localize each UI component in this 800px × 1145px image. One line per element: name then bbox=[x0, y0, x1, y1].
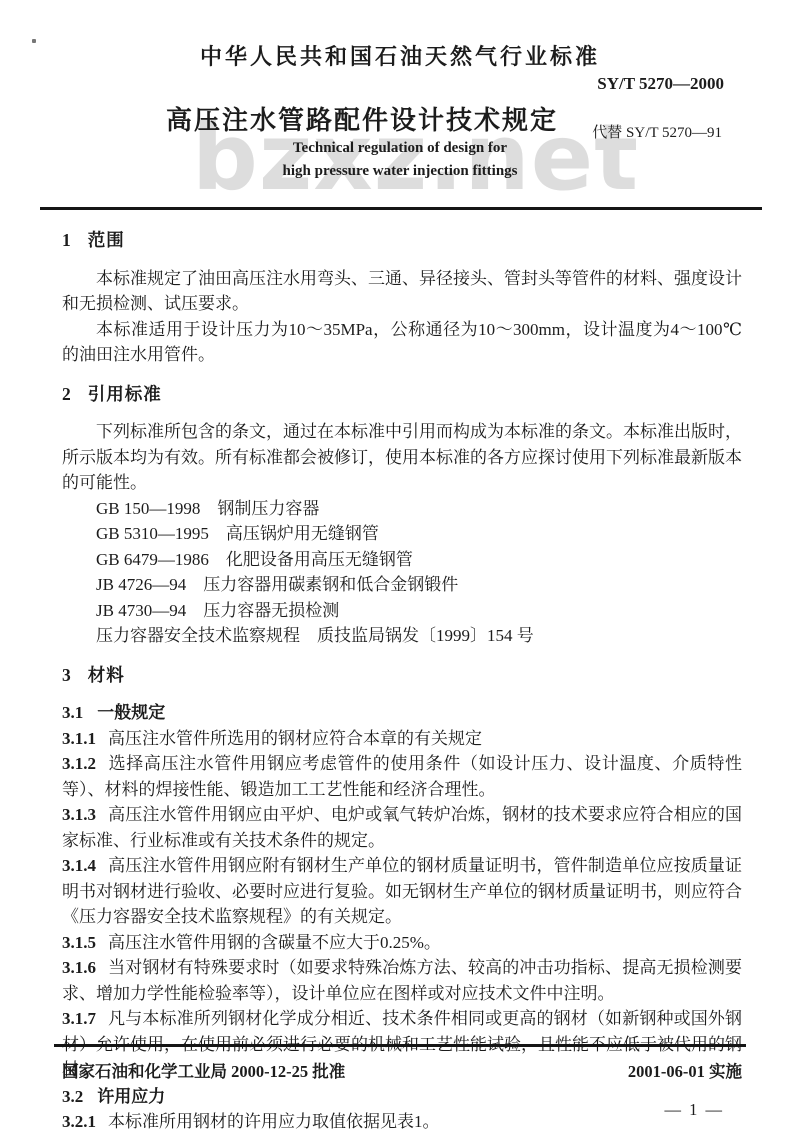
subsection-heading: 3.1一般规定 bbox=[62, 700, 742, 726]
clause-number: 1 bbox=[62, 230, 72, 250]
section-heading: 1范围 bbox=[62, 228, 742, 254]
clause: 3.1.1高压注水管件所选用的钢材应符合本章的有关规定 bbox=[62, 726, 742, 752]
clause-number: 3.1.3 bbox=[62, 805, 96, 824]
clause-text: 高压注水管件用钢的含碳量不应大于0.25%。 bbox=[108, 933, 441, 952]
section-heading: 2引用标准 bbox=[62, 382, 742, 408]
document-body: 1范围本标准规定了油田高压注水用弯头、三通、异径接头、管封头等管件的材料、强度设… bbox=[62, 224, 742, 1135]
standard-type-title: 中华人民共和国石油天然气行业标准 bbox=[0, 40, 800, 71]
clause-number: 3.1.1 bbox=[62, 729, 96, 748]
paragraph: 本标准规定了油田高压注水用弯头、三通、异径接头、管封头等管件的材料、强度设计和无… bbox=[62, 266, 742, 317]
section-heading: 3材料 bbox=[62, 663, 742, 689]
page-number: — 1 — bbox=[665, 1100, 725, 1120]
clause-text: 本标准所用钢材的许用应力取值依据见表1。 bbox=[108, 1112, 440, 1131]
clause-number: 2 bbox=[62, 384, 72, 404]
document-title-en-line1: Technical regulation of design for bbox=[0, 137, 800, 160]
approval-note: 国家石油和化学工业局 2000-12-25 批准 bbox=[62, 1058, 345, 1082]
clause: 3.1.4高压注水管件用钢应附有钢材生产单位的钢材质量证明书，管件制造单位应按质… bbox=[62, 853, 742, 930]
paragraph: 本标准适用于设计压力为10～35MPa，公称通径为10～300mm，设计温度为4… bbox=[62, 317, 742, 368]
clause-number: 3.1.2 bbox=[62, 754, 96, 773]
clause-number: 3.1.6 bbox=[62, 958, 96, 977]
paragraph: 下列标准所包含的条文，通过在本标准中引用而构成为本标准的条文。本标准出版时，所示… bbox=[62, 419, 742, 496]
clause-number: 3.1 bbox=[62, 703, 83, 722]
implementation-note: 2001-06-01 实施 bbox=[628, 1058, 742, 1082]
clause: 3.1.3高压注水管件用钢应由平炉、电炉或氧气转炉冶炼，钢材的技术要求应符合相应… bbox=[62, 802, 742, 853]
document-title-en: Technical regulation of design for high … bbox=[0, 137, 800, 183]
document-header: bzxz.net 中华人民共和国石油天然气行业标准 SY/T 5270—2000… bbox=[0, 0, 800, 222]
clause-text: 高压注水管件用钢应附有钢材生产单位的钢材质量证明书，管件制造单位应按质量证明书对… bbox=[62, 856, 742, 926]
clause-text: 范围 bbox=[88, 230, 125, 250]
clause-number: 3 bbox=[62, 665, 72, 685]
reference-item: JB 4726—94 压力容器用碳素钢和低合金钢锻件 bbox=[62, 572, 742, 598]
clause: 3.1.5高压注水管件用钢的含碳量不应大于0.25%。 bbox=[62, 930, 742, 956]
subsection-heading: 3.2许用应力 bbox=[62, 1084, 742, 1110]
clause-text: 许用应力 bbox=[97, 1087, 165, 1106]
reference-item: GB 5310—1995 高压锅炉用无缝钢管 bbox=[62, 521, 742, 547]
clause-number: 3.2 bbox=[62, 1087, 83, 1106]
clause: 3.1.2选择高压注水管件用钢应考虑管件的使用条件（如设计压力、设计温度、介质特… bbox=[62, 751, 742, 802]
reference-item: 压力容器安全技术监察规程 质技监局锅发〔1999〕154 号 bbox=[62, 623, 742, 649]
clause-text: 当对钢材有特殊要求时（如要求特殊冶炼方法、较高的冲击功指标、提高无损检测要求、增… bbox=[62, 958, 742, 1003]
clause: 3.1.6当对钢材有特殊要求时（如要求特殊冶炼方法、较高的冲击功指标、提高无损检… bbox=[62, 955, 742, 1006]
clause-number: 3.1.5 bbox=[62, 933, 96, 952]
clause-text: 高压注水管件所选用的钢材应符合本章的有关规定 bbox=[108, 729, 482, 748]
reference-item: GB 150—1998 钢制压力容器 bbox=[62, 496, 742, 522]
document-title-en-line2: high pressure water injection fittings bbox=[0, 160, 800, 183]
document-page: bzxz.net 中华人民共和国石油天然气行业标准 SY/T 5270—2000… bbox=[0, 0, 800, 1145]
document-footer: 国家石油和化学工业局 2000-12-25 批准 2001-06-01 实施 bbox=[62, 1058, 742, 1082]
clause-number: 3.1.7 bbox=[62, 1009, 96, 1028]
standard-number: SY/T 5270—2000 bbox=[597, 74, 724, 94]
reference-item: GB 6479—1986 化肥设备用高压无缝钢管 bbox=[62, 547, 742, 573]
clause-text: 一般规定 bbox=[97, 703, 165, 722]
clause-text: 高压注水管件用钢应由平炉、电炉或氧气转炉冶炼，钢材的技术要求应符合相应的国家标准… bbox=[62, 805, 742, 850]
header-divider bbox=[40, 207, 762, 210]
clause-text: 材料 bbox=[88, 665, 125, 685]
clause-text: 引用标准 bbox=[88, 384, 162, 404]
clause: 3.2.1本标准所用钢材的许用应力取值依据见表1。 bbox=[62, 1109, 742, 1135]
footer-divider bbox=[54, 1044, 746, 1047]
reference-item: JB 4730—94 压力容器无损检测 bbox=[62, 598, 742, 624]
clause-number: 3.1.4 bbox=[62, 856, 96, 875]
clause-text: 选择高压注水管件用钢应考虑管件的使用条件（如设计压力、设计温度、介质特性等）、材… bbox=[62, 754, 742, 799]
clause-number: 3.2.1 bbox=[62, 1112, 96, 1131]
